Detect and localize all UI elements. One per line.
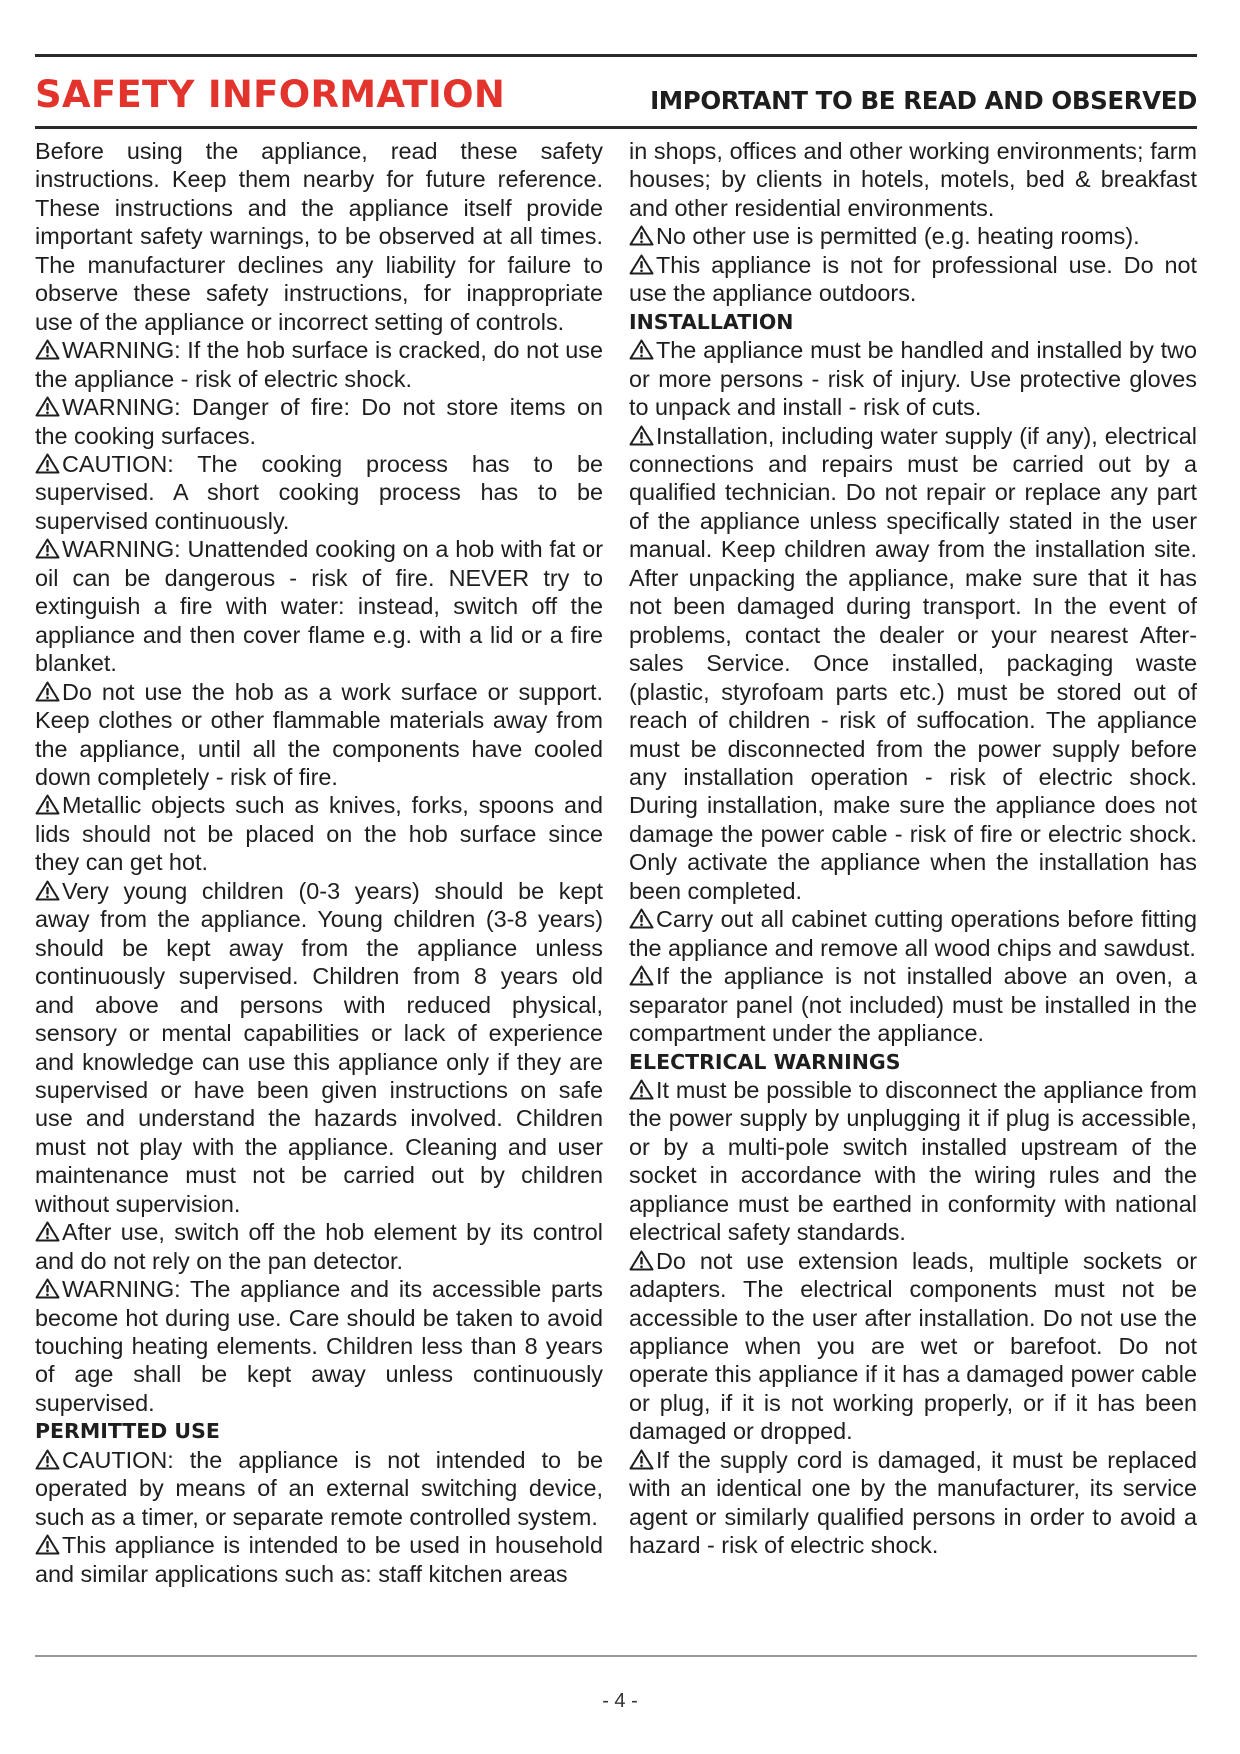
warning-item: Metallic objects such as knives, forks, … — [35, 791, 603, 876]
warning-triangle-icon — [629, 1250, 654, 1271]
page-subtitle: IMPORTANT TO BE READ AND OBSERVED — [650, 89, 1197, 114]
warning-triangle-icon — [35, 880, 60, 901]
warning-triangle-icon — [629, 1449, 654, 1470]
warning-item: WARNING: Unattended cooking on a hob wit… — [35, 535, 603, 677]
warning-triangle-icon — [35, 396, 60, 417]
left-column: Before using the appliance, read these s… — [35, 137, 603, 1588]
warning-item: Do not use the hob as a work surface or … — [35, 678, 603, 792]
warning-item: CAUTION: the appliance is not intended t… — [35, 1446, 603, 1531]
warning-item: The appliance must be handled and instal… — [629, 336, 1197, 421]
warning-triangle-icon — [629, 1079, 654, 1100]
warning-triangle-icon — [35, 1449, 60, 1470]
warning-item: Carry out all cabinet cutting operations… — [629, 905, 1197, 962]
warning-triangle-icon — [629, 425, 654, 446]
warning-triangle-icon — [629, 965, 654, 986]
warning-item: Installation, including water supply (if… — [629, 422, 1197, 906]
warning-triangle-icon — [35, 339, 60, 360]
warning-triangle-icon — [629, 225, 654, 246]
warning-item: It must be possible to disconnect the ap… — [629, 1076, 1197, 1247]
page-number: - 4 - — [0, 1690, 1240, 1713]
footer-rule — [35, 1655, 1197, 1657]
warning-item: WARNING: The appliance and its accessibl… — [35, 1275, 603, 1417]
warning-item: No other use is permitted (e.g. heating … — [629, 222, 1197, 250]
warning-item: WARNING: Danger of fire: Do not store it… — [35, 393, 603, 450]
page-title: SAFETY INFORMATION — [35, 76, 505, 113]
warning-triangle-icon — [35, 453, 60, 474]
warning-item: This appliance is intended to be used in… — [35, 1531, 603, 1588]
warning-item: If the supply cord is damaged, it must b… — [629, 1446, 1197, 1560]
warning-item: Very young children (0-3 years) should b… — [35, 877, 603, 1218]
section-heading-installation: INSTALLATION — [629, 308, 1197, 336]
warning-triangle-icon — [35, 794, 60, 815]
section-heading-permitted-use: PERMITTED USE — [35, 1417, 603, 1445]
warning-triangle-icon — [35, 1534, 60, 1555]
warning-triangle-icon — [629, 339, 654, 360]
warning-triangle-icon — [35, 1221, 60, 1242]
warning-triangle-icon — [35, 1278, 60, 1299]
intro-paragraph: Before using the appliance, read these s… — [35, 137, 603, 336]
right-column: in shops, offices and other working envi… — [629, 137, 1197, 1560]
warning-item: CAUTION: The cooking process has to be s… — [35, 450, 603, 535]
header-rule — [35, 126, 1197, 129]
top-rule — [35, 54, 1197, 57]
section-heading-electrical-warnings: ELECTRICAL WARNINGS — [629, 1048, 1197, 1076]
warning-item: Do not use extension leads, multiple soc… — [629, 1247, 1197, 1446]
warning-item: If the appliance is not installed above … — [629, 962, 1197, 1047]
warning-triangle-icon — [629, 908, 654, 929]
warning-triangle-icon — [35, 538, 60, 559]
warning-item: This appliance is not for professional u… — [629, 251, 1197, 308]
continuation-paragraph: in shops, offices and other working envi… — [629, 137, 1197, 222]
warning-item: After use, switch off the hob element by… — [35, 1218, 603, 1275]
warning-triangle-icon — [629, 254, 654, 275]
warning-triangle-icon — [35, 681, 60, 702]
warning-item: WARNING: If the hob surface is cracked, … — [35, 336, 603, 393]
